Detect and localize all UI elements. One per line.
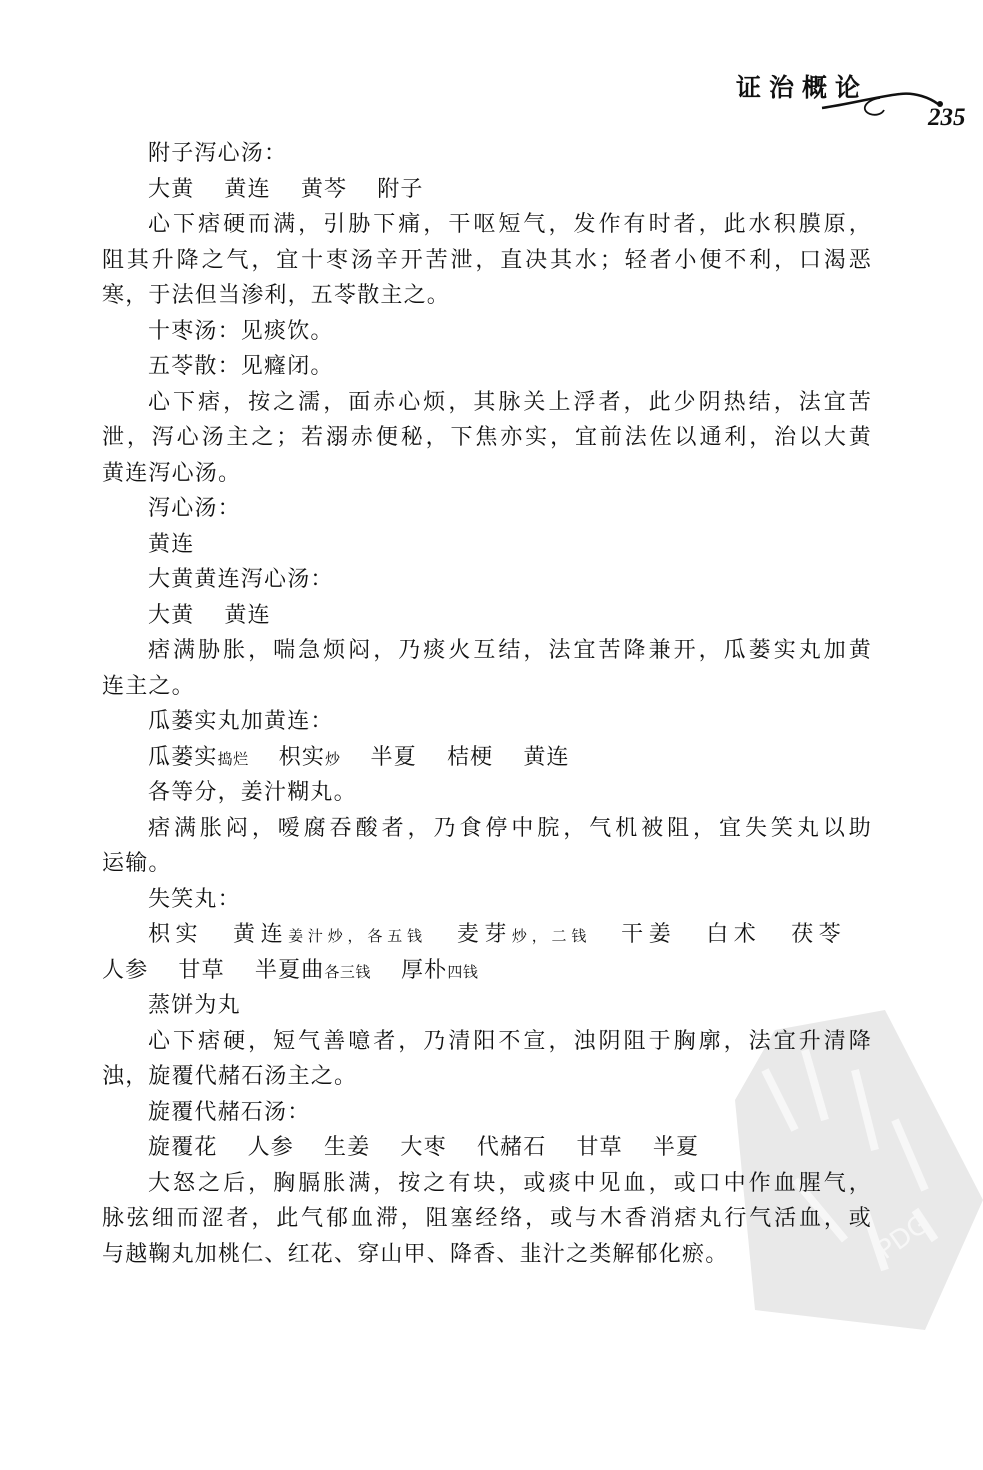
text-line: 痞满胀闷，嗳腐吞酸者，乃食停中脘，气机被阻，宜失笑丸以助 bbox=[102, 811, 872, 847]
page-number: 235 bbox=[928, 104, 966, 132]
ingredient-list-line: 大黄黄连黄芩附子 bbox=[102, 172, 872, 208]
text-line: 失笑丸： bbox=[102, 882, 872, 918]
ingredient: 人参 bbox=[102, 958, 148, 983]
text-line: 浊，旋覆代赭石汤主之。 bbox=[102, 1059, 872, 1095]
ingredient-note: 四钱 bbox=[447, 963, 478, 981]
ingredient: 甘草 bbox=[576, 1135, 622, 1160]
ingredient-note: 炒 bbox=[325, 750, 341, 768]
ingredient-list-line: 大黄黄连 bbox=[102, 598, 872, 634]
ingredient: 黄连 bbox=[224, 603, 270, 628]
ingredient: 大黄 bbox=[148, 177, 194, 202]
ingredient: 代赭石 bbox=[477, 1135, 547, 1160]
text-line: 附子泻心汤： bbox=[102, 136, 872, 172]
ingredient-list-line: 旋覆花人参生姜大枣代赭石甘草半夏 bbox=[102, 1130, 872, 1166]
ingredient: 黄连 bbox=[523, 745, 569, 770]
ingredient: 干姜 bbox=[621, 922, 676, 947]
text-line: 心下痞硬而满，引胁下痛，干呕短气，发作有时者，此水积膜原， bbox=[102, 207, 872, 243]
ingredient: 黄连 bbox=[224, 177, 270, 202]
ingredient: 枳实 bbox=[148, 922, 203, 947]
ingredient: 白术 bbox=[706, 922, 761, 947]
text-line: 大黄黄连泻心汤： bbox=[102, 562, 872, 598]
ingredient: 枳实炒 bbox=[279, 745, 341, 770]
ingredient-list-line: 人参甘草半夏曲各三钱厚朴四钱 bbox=[102, 953, 872, 989]
ingredient: 桔梗 bbox=[447, 745, 493, 770]
text-line: 十枣汤：见痰饮。 bbox=[102, 314, 872, 350]
ingredient: 半夏曲各三钱 bbox=[255, 958, 371, 983]
ingredient: 附子 bbox=[377, 177, 423, 202]
ingredient: 人参 bbox=[248, 1135, 294, 1160]
text-line: 瓜蒌实丸加黄连： bbox=[102, 704, 872, 740]
ingredient: 半夏 bbox=[653, 1135, 699, 1160]
text-line: 旋覆代赭石汤： bbox=[102, 1095, 872, 1131]
page-header: 证治概论 235 bbox=[730, 68, 980, 138]
text-line: 五苓散：见癃闭。 bbox=[102, 349, 872, 385]
text-line: 泄，泻心汤主之；若溺赤便秘，下焦亦实，宜前法佐以通利，治以大黄 bbox=[102, 420, 872, 456]
text-line: 各等分，姜汁糊丸。 bbox=[102, 775, 872, 811]
text-line: 大怒之后，胸膈胀满，按之有块，或痰中见血，或口中作血腥气， bbox=[102, 1166, 872, 1202]
text-line: 黄连 bbox=[102, 527, 872, 563]
ingredient-list-line: 枳实黄连姜汁炒，各五钱麦芽炒，二钱干姜白术茯苓 bbox=[102, 917, 872, 953]
text-line: 心下痞，按之濡，面赤心烦，其脉关上浮者，此少阴热结，法宜苦 bbox=[102, 385, 872, 421]
ingredient: 甘草 bbox=[178, 958, 224, 983]
ingredient: 生姜 bbox=[324, 1135, 370, 1160]
text-line: 黄连泻心汤。 bbox=[102, 456, 872, 492]
text-line: 脉弦细而涩者，此气郁血滞，阻塞经络，或与木香消痞丸行气活血，或 bbox=[102, 1201, 872, 1237]
ingredient: 半夏 bbox=[371, 745, 417, 770]
text-line: 运输。 bbox=[102, 846, 872, 882]
ingredient: 瓜蒌实捣烂 bbox=[148, 745, 249, 770]
text-line: 泻心汤： bbox=[102, 491, 872, 527]
ingredient-note: 炒，二钱 bbox=[512, 927, 591, 945]
ingredient: 大枣 bbox=[400, 1135, 446, 1160]
text-line: 寒，于法但当渗利，五苓散主之。 bbox=[102, 278, 872, 314]
text-line: 心下痞硬，短气善噫者，乃清阳不宣，浊阴阻于胸廓，法宜升清降 bbox=[102, 1024, 872, 1060]
ingredient-note: 各三钱 bbox=[324, 963, 371, 981]
ingredient-note: 捣烂 bbox=[218, 750, 249, 768]
ingredient: 厚朴四钱 bbox=[401, 958, 478, 983]
ingredient: 黄芩 bbox=[301, 177, 347, 202]
ingredient: 麦芽炒，二钱 bbox=[457, 922, 591, 947]
text-line: 连主之。 bbox=[102, 669, 872, 705]
ingredient: 旋覆花 bbox=[148, 1135, 218, 1160]
ingredient: 茯苓 bbox=[791, 922, 842, 947]
ingredient: 大黄 bbox=[148, 603, 194, 628]
ingredient: 黄连姜汁炒，各五钱 bbox=[233, 922, 427, 947]
ingredient-list-line: 瓜蒌实捣烂枳实炒半夏桔梗黄连 bbox=[102, 740, 872, 776]
text-line: 痞满胁胀，喘急烦闷，乃痰火互结，法宜苦降兼开，瓜蒌实丸加黄 bbox=[102, 633, 872, 669]
page-body-text: 附子泻心汤：大黄黄连黄芩附子心下痞硬而满，引胁下痛，干呕短气，发作有时者，此水积… bbox=[102, 136, 872, 1272]
text-line: 阻其升降之气，宜十枣汤辛开苦泄，直决其水；轻者小便不利，口渴恶 bbox=[102, 243, 872, 279]
text-line: 蒸饼为丸 bbox=[102, 988, 872, 1024]
text-line: 与越鞠丸加桃仁、红花、穿山甲、降香、韭汁之类解郁化瘀。 bbox=[102, 1237, 872, 1273]
ingredient-note: 姜汁炒，各五钱 bbox=[288, 927, 427, 945]
